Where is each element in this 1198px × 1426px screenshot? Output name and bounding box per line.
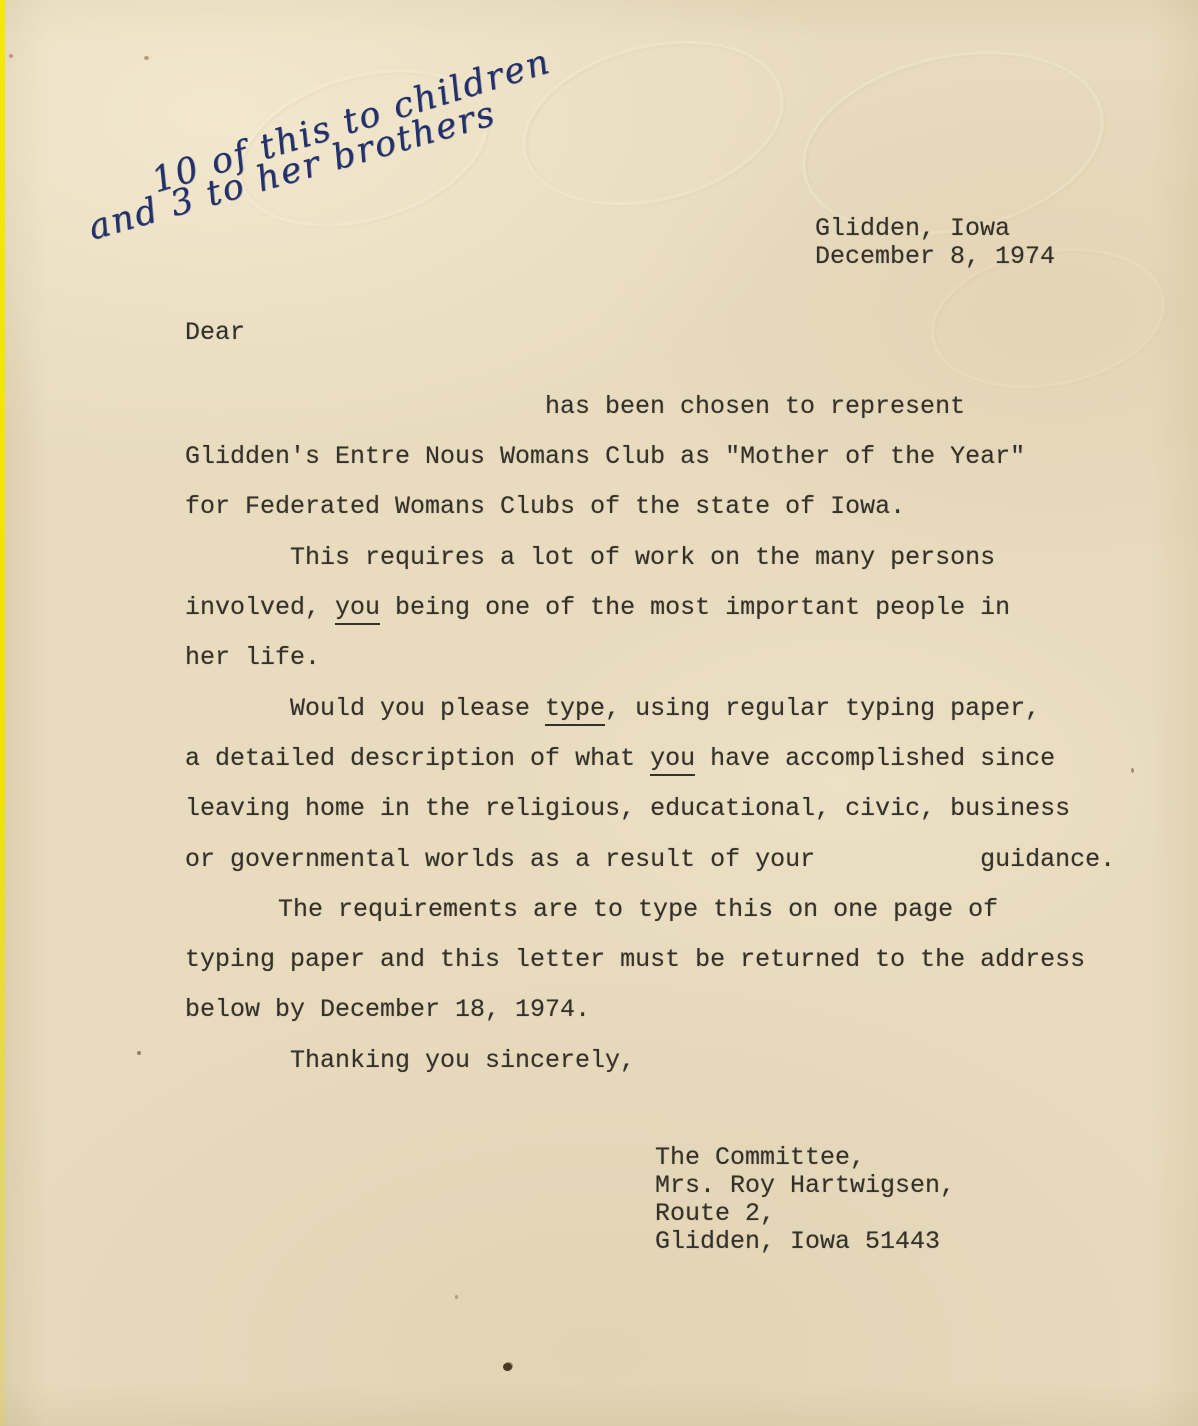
typed-text: below by December 18, 1974. (185, 995, 590, 1024)
scanned-letter-page: 10 of this to children and 3 to her brot… (0, 0, 1198, 1426)
date-line: Glidden, Iowa (815, 215, 1055, 243)
typed-text: being one of the most important people i… (380, 593, 1010, 622)
underlined-word: you (650, 744, 695, 776)
paper-speck (455, 1295, 458, 1299)
typed-line: The requirements are to type this on one… (278, 895, 998, 925)
typed-line: Dear (185, 318, 245, 348)
typed-text: involved, (185, 593, 335, 622)
typed-text: , using regular typing paper, (605, 694, 1040, 723)
signature-line: Mrs. Roy Hartwigsen, (655, 1172, 955, 1200)
typed-line: This requires a lot of work on the many … (290, 543, 995, 573)
paper-speck (503, 1363, 512, 1371)
underlined-word: type (545, 694, 605, 726)
scanner-edge-strip (0, 0, 5, 1426)
typed-line: typing paper and this letter must be ret… (185, 945, 1085, 975)
date-line: December 8, 1974 (815, 243, 1055, 271)
typed-line: her life. (185, 643, 320, 673)
typed-text: Glidden's Entre Nous Womans Club as "Mot… (185, 442, 1025, 471)
paper-speck (1131, 768, 1134, 773)
typed-line: or governmental worlds as a result of yo… (185, 845, 1115, 875)
typed-line: has been chosen to represent (545, 392, 965, 422)
typed-text: a detailed description of what (185, 744, 650, 773)
typed-text: for Federated Womans Clubs of the state … (185, 492, 905, 521)
signature-line: Glidden, Iowa 51443 (655, 1228, 955, 1256)
typed-line: involved, you being one of the most impo… (185, 593, 1010, 623)
typed-text: has been chosen to represent (545, 392, 965, 421)
typed-text: This requires a lot of work on the many … (290, 543, 995, 572)
typed-line: Glidden's Entre Nous Womans Club as "Mot… (185, 442, 1025, 472)
typed-text: Dear (185, 318, 245, 347)
typed-text: Would you please (290, 694, 545, 723)
embossed-watermark (505, 15, 801, 231)
signature-line: Route 2, (655, 1200, 955, 1228)
typed-text: Thanking you sincerely, (290, 1046, 635, 1075)
typed-text: The requirements are to type this on one… (278, 895, 998, 924)
typed-text: or governmental worlds as a result of yo… (185, 845, 1115, 874)
paper-speck (144, 56, 149, 60)
typed-line: a detailed description of what you have … (185, 744, 1055, 774)
typed-line: leaving home in the religious, education… (185, 794, 1070, 824)
signature-line: The Committee, (655, 1144, 955, 1172)
letter-date-block: Glidden, IowaDecember 8, 1974 (815, 215, 1055, 271)
underlined-word: you (335, 593, 380, 625)
typed-text: have accomplished since (695, 744, 1055, 773)
paper-speck (9, 54, 13, 58)
typed-text: her life. (185, 643, 320, 672)
typed-text: leaving home in the religious, education… (185, 794, 1070, 823)
typed-text: typing paper and this letter must be ret… (185, 945, 1085, 974)
typed-line: Thanking you sincerely, (290, 1046, 635, 1076)
typed-line: Would you please type, using regular typ… (290, 694, 1040, 724)
letter-signature-block: The Committee,Mrs. Roy Hartwigsen,Route … (655, 1144, 955, 1256)
typed-line: below by December 18, 1974. (185, 995, 590, 1025)
paper-speck (137, 1051, 141, 1055)
typed-line: for Federated Womans Clubs of the state … (185, 492, 905, 522)
